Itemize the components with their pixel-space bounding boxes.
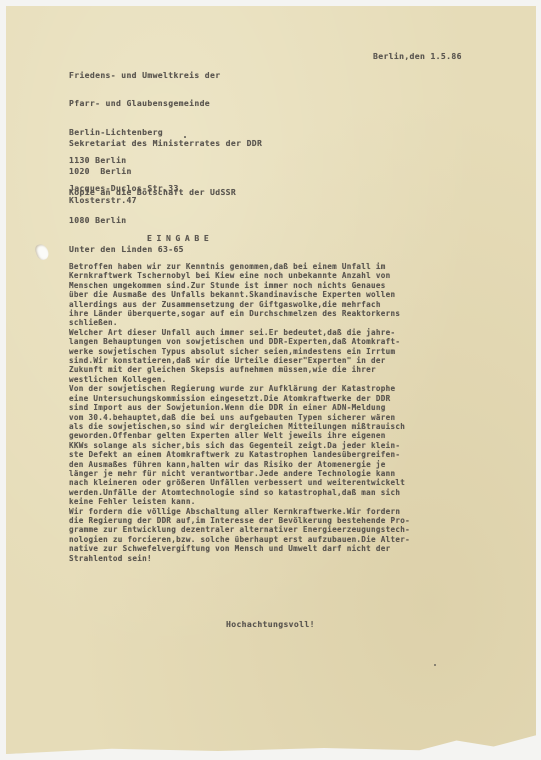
body-line: über die Ausmaße des Unfalls bekannt.Ska… <box>69 290 410 299</box>
body-line: den Ausmaßes führen kann,halten wir das … <box>69 460 410 469</box>
letter-date: Berlin,den 1.5.86 <box>373 52 462 61</box>
paper-speck <box>434 664 436 666</box>
body-line: Strahlentod sein! <box>69 554 410 563</box>
letter-title: EINGABE <box>147 234 213 243</box>
body-line: Welcher Art dieser Unfall auch immer sei… <box>69 328 410 337</box>
body-line: langen Behauptungen von sowjetischen und… <box>69 337 410 346</box>
body-line: eine Untersuchungskommission eingesetzt.… <box>69 394 410 403</box>
body-line: werke sowjetischen Typus absolut sicher … <box>69 347 410 356</box>
body-line: Kernkraftwerk Tschernobyl bei Kiew eine … <box>69 271 410 280</box>
body-line: keine Fehler leisten kann. <box>69 497 410 506</box>
copy-line: Unter den Linden 63-65 <box>69 245 236 254</box>
body-line: westlichen Kollegen. <box>69 375 410 384</box>
body-line: als die sowjetischen,so sind wir derglei… <box>69 422 410 431</box>
sender-line: Friedens- und Umweltkreis der <box>69 71 220 80</box>
body-line: sind.Wir konstatieren,daß wir die Urteil… <box>69 356 410 365</box>
body-line: vom 30.4.behauptet,daß die bei uns aufge… <box>69 413 410 422</box>
copy-line: 1080 Berlin <box>69 216 236 225</box>
letter-body: Betroffen haben wir zur Kenntnis genomme… <box>69 262 410 563</box>
body-line: gramme zur Entwicklung dezentraler alter… <box>69 525 410 534</box>
body-line: Wir fordern die völlige Abschaltung alle… <box>69 507 410 516</box>
letter-page: Friedens- und Umweltkreis der Pfarr- und… <box>6 6 536 754</box>
copy-recipient: Kopie an die Botschaft der UdSSR 1080 Be… <box>69 169 236 273</box>
body-line: geworden.Offenbar gelten Experten aller … <box>69 431 410 440</box>
body-line: ihre Länder überquerte,sogar auf ein Dur… <box>69 309 410 318</box>
body-line: native zur Schwefelvergiftung von Mensch… <box>69 544 410 553</box>
body-line: allerdings aus der Zusammensetzung der G… <box>69 300 410 309</box>
body-line: Menschen umgekommen sind.Zur Stunde ist … <box>69 281 410 290</box>
recipient-line: Sekretariat des Ministerrates der DDR <box>69 139 262 148</box>
copy-line: Kopie an die Botschaft der UdSSR <box>69 188 236 197</box>
body-line: werden.Unfälle der Atomtechnologie sind … <box>69 488 410 497</box>
body-line: Betroffen haben wir zur Kenntnis genomme… <box>69 262 410 271</box>
body-line: sind Import aus der Sowjetunion.Wenn die… <box>69 403 410 412</box>
body-line: schließen. <box>69 318 410 327</box>
sender-line: Pfarr- und Glaubensgemeinde <box>69 99 220 108</box>
closing-salutation: Hochachtungsvoll! <box>226 620 315 629</box>
punch-hole <box>34 242 51 261</box>
body-line: Zukunft mit der gleichen Skepsis aufnehm… <box>69 365 410 374</box>
body-line: die Regierung der DDR auf,im Interesse d… <box>69 516 410 525</box>
body-line: ste Defekt an einem Atomkraftwerk zu Kat… <box>69 450 410 459</box>
body-line: nologien zu forcieren,bzw. solche überha… <box>69 535 410 544</box>
body-line: nach kleineren oder größeren Unfällen ve… <box>69 478 410 487</box>
body-line: Von der sowjetischen Regierung wurde zur… <box>69 384 410 393</box>
body-line: KKWs solange als sicher,bis sich das Geg… <box>69 441 410 450</box>
body-line: länger je mehr für nicht verantwortbar.J… <box>69 469 410 478</box>
